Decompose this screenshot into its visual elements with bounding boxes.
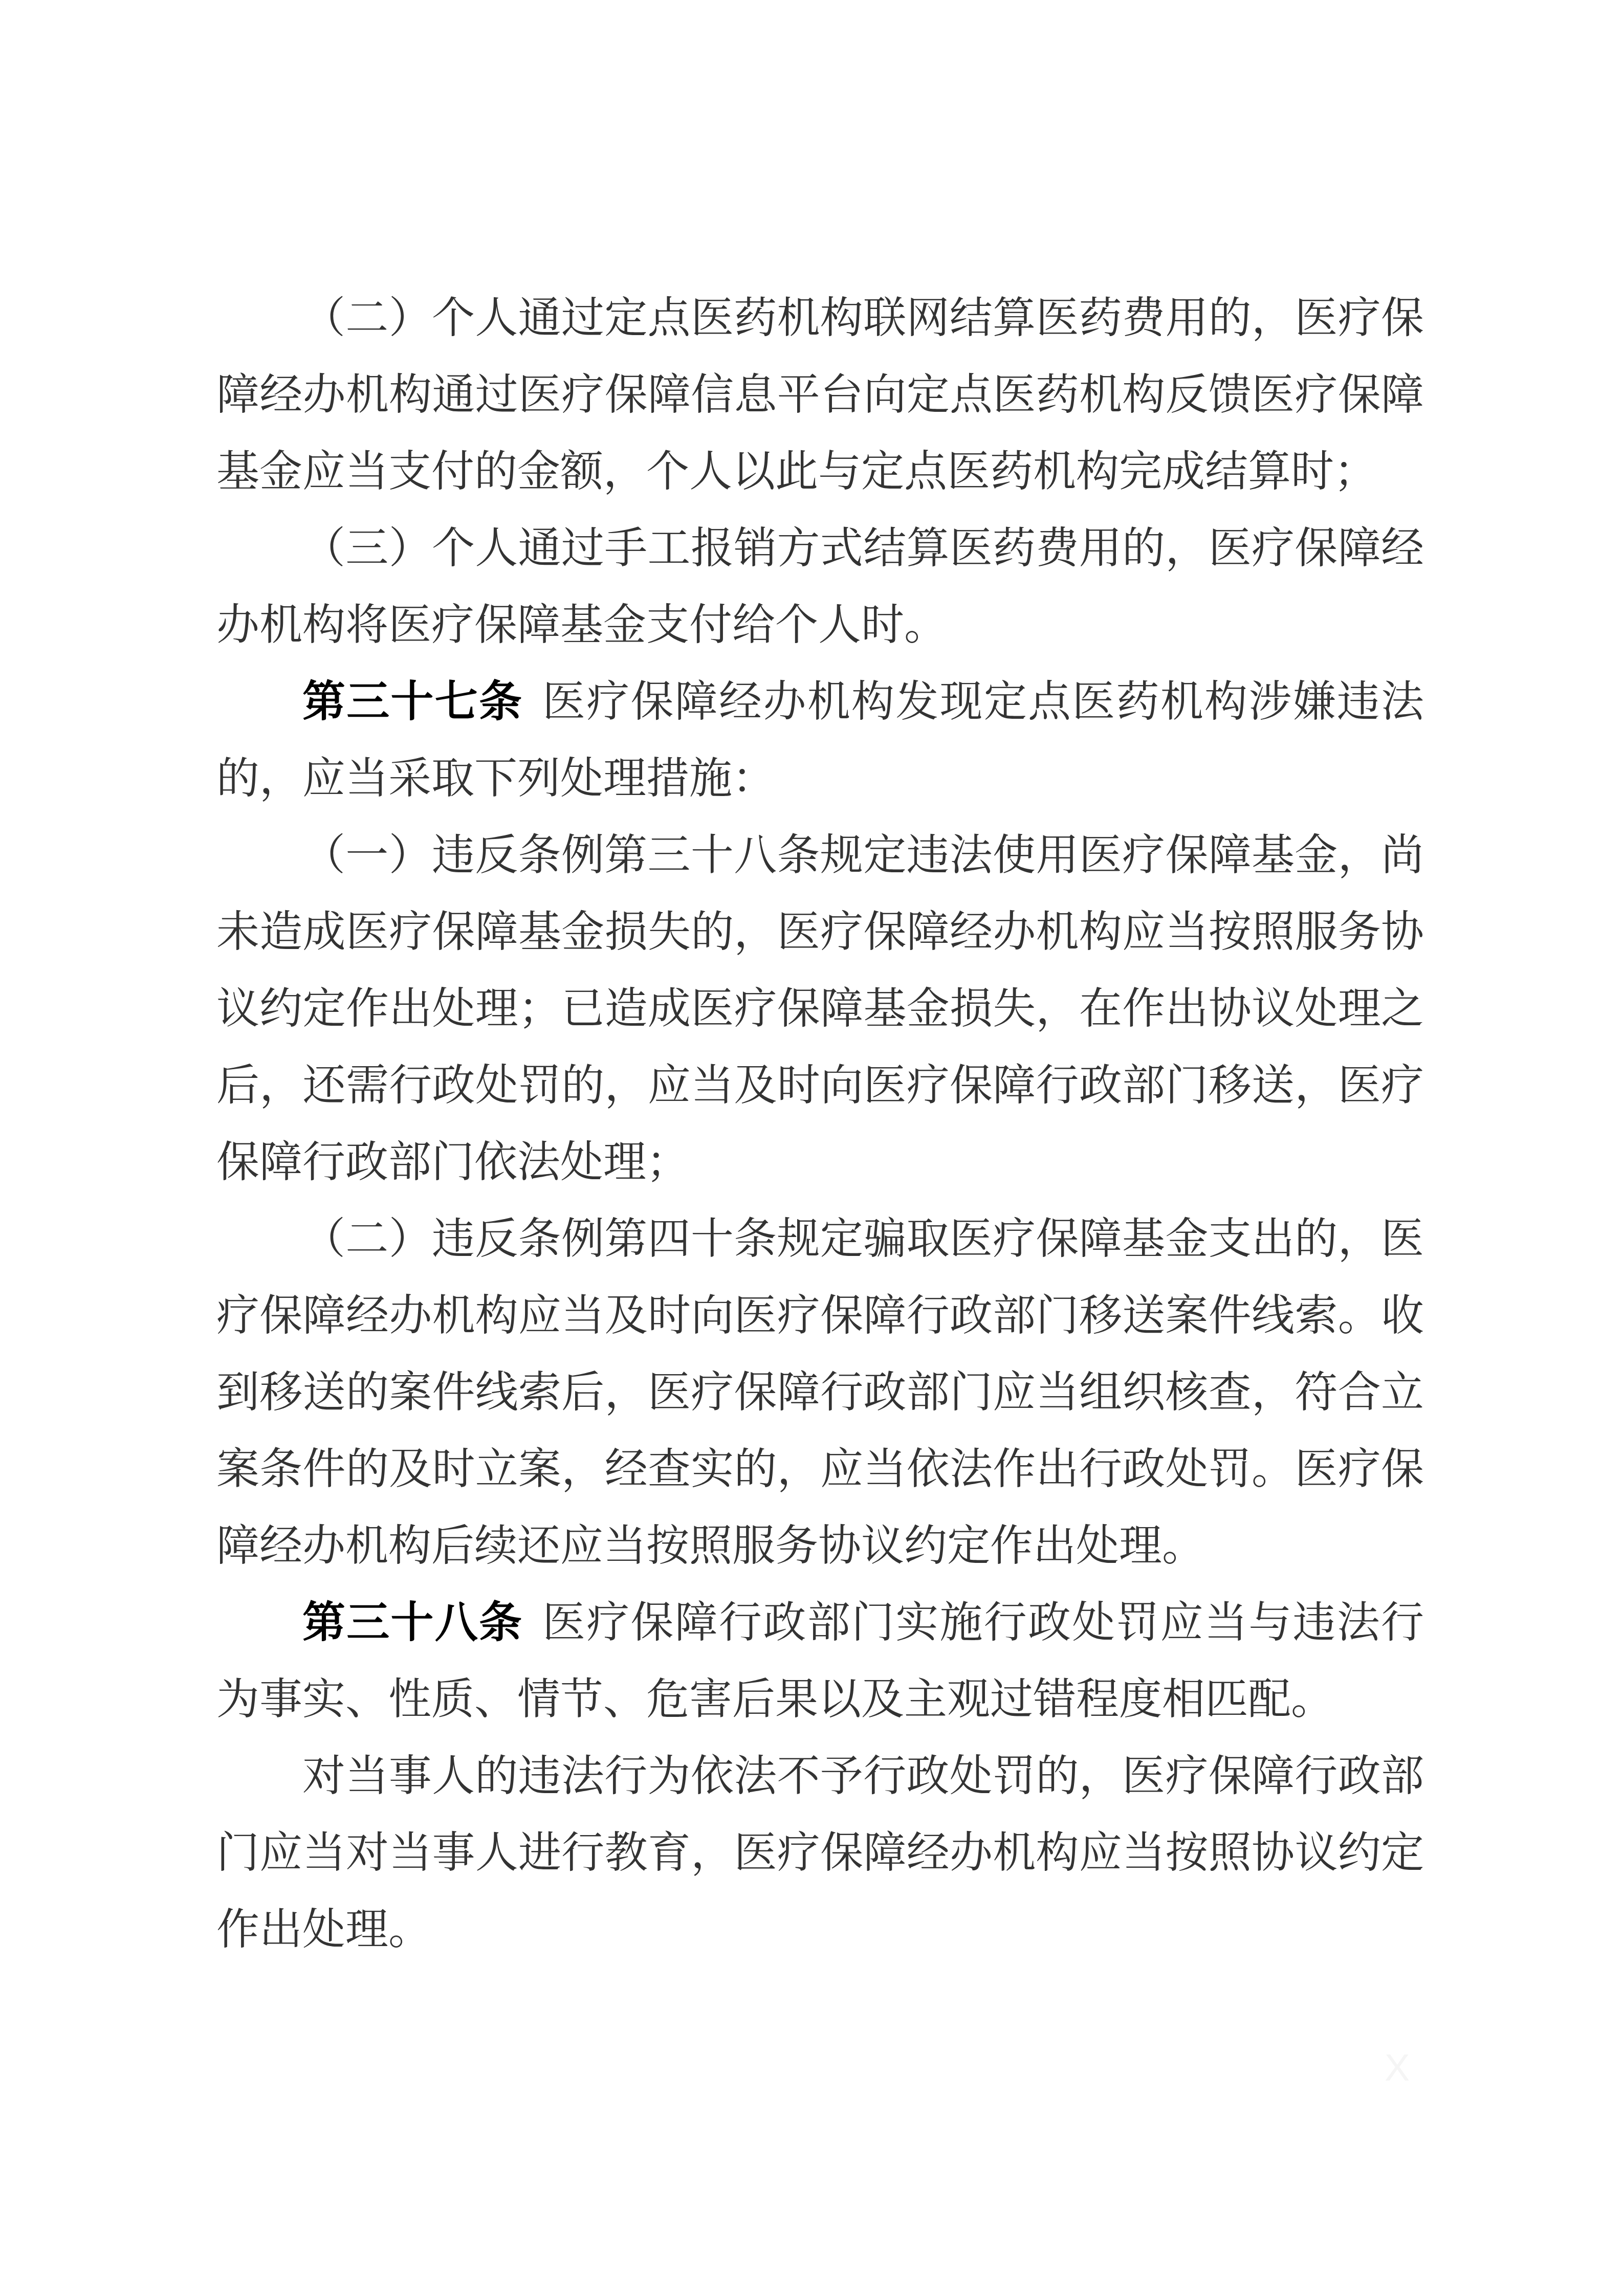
document-page: （二）个人通过定点医药机构联网结算医药费用的，医疗保障经办机构通过医疗保障信息平… bbox=[0, 0, 1623, 2296]
paragraph-text: （二）个人通过定点医药机构联网结算医药费用的，医疗保障经办机构通过医疗保障信息平… bbox=[216, 295, 1424, 496]
document-text-block: （二）个人通过定点医药机构联网结算医药费用的，医疗保障经办机构通过医疗保障信息平… bbox=[216, 280, 1424, 1969]
body-paragraph: 对当事人的违法行为依法不予行政处罚的，医疗保障行政部门应当对当事人进行教育，医疗… bbox=[216, 1738, 1424, 1969]
paragraph-text: （三）个人通过手工报销方式结算医药费用的，医疗保障经办机构将医疗保障基金支付给个… bbox=[216, 525, 1424, 649]
watermark-x: X bbox=[1385, 2049, 1410, 2087]
article-paragraph: 第三十八条医疗保障行政部门实施行政处罚应当与违法行为事实、性质、情节、危害后果以… bbox=[216, 1585, 1424, 1738]
paragraph-text: （一）违反条例第三十八条规定违法使用医疗保障基金，尚未造成医疗保障基金损失的，医… bbox=[216, 832, 1424, 1186]
body-paragraph: （二）个人通过定点医药机构联网结算医药费用的，医疗保障经办机构通过医疗保障信息平… bbox=[216, 280, 1424, 511]
body-paragraph: （三）个人通过手工报销方式结算医药费用的，医疗保障经办机构将医疗保障基金支付给个… bbox=[216, 511, 1424, 664]
body-paragraph: （二）违反条例第四十条规定骗取医疗保障基金支出的，医疗保障经办机构应当及时向医疗… bbox=[216, 1201, 1424, 1585]
article-paragraph: 第三十七条医疗保障经办机构发现定点医药机构涉嫌违法的，应当采取下列处理措施： bbox=[216, 664, 1424, 818]
body-paragraph: （一）违反条例第三十八条规定违法使用医疗保障基金，尚未造成医疗保障基金损失的，医… bbox=[216, 818, 1424, 1201]
article-number-label: 第三十八条 bbox=[302, 1599, 523, 1647]
article-number-label: 第三十七条 bbox=[302, 678, 523, 726]
paragraph-text: 对当事人的违法行为依法不予行政处罚的，医疗保障行政部门应当对当事人进行教育，医疗… bbox=[216, 1753, 1424, 1954]
paragraph-text: （二）违反条例第四十条规定骗取医疗保障基金支出的，医疗保障经办机构应当及时向医疗… bbox=[216, 1216, 1424, 1570]
